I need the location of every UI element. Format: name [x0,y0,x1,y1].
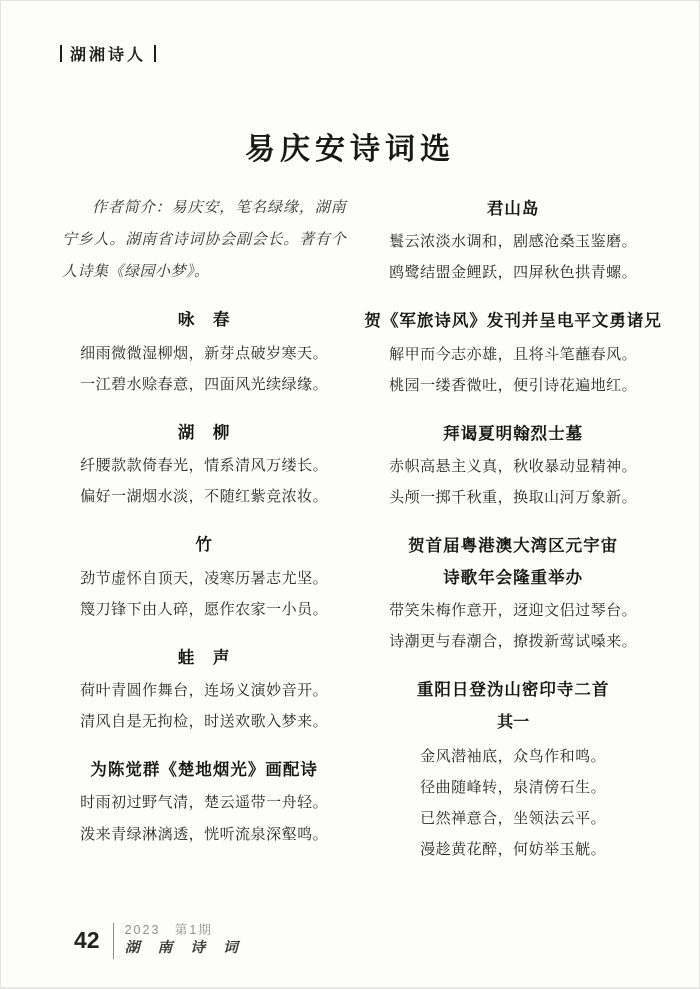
poem-baiye-lieshimu: 拜谒夏明翰烈士墓 赤帜高悬主义真，秋收暴动显精神。 头颅一掷千秋重，换取山河万象… [364,418,662,514]
poem-line: 荷叶青圆作舞台，连场义演妙音开。 [62,676,346,707]
poem-line: 桃园一缕香微吐，便引诗花遍地红。 [364,371,662,402]
poem-junshandao: 君山岛 鬟云浓淡水调和，剧感沧桑玉鉴磨。 鸥鹭结盟金鲤跃，四屏秋色拱青螺。 [364,193,662,289]
section-header: 湖湘诗人 [60,42,156,65]
poem-line: 一江碧水赊春意，四面风光续绿缘。 [62,370,346,401]
poem-line: 细雨微微湿柳烟，新芽点破岁寒天。 [62,339,346,370]
poem-title: 竹 [62,529,346,560]
journal-name: 湖 南 诗 词 [125,939,245,959]
poem-line: 泼来青绿淋漓透，恍听流泉深壑鸣。 [62,820,346,851]
page-title: 易庆安诗词选 [0,124,700,168]
poem-line: 带笑朱梅作意开，迓迎文侣过琴台。 [364,596,662,627]
poem-title: 咏 春 [62,304,346,335]
poem-yongchun: 咏 春 细雨微微湿柳烟，新芽点破岁寒天。 一江碧水赊春意，四面风光续绿缘。 [62,304,346,400]
poem-line: 诗潮更与春潮合，撩拨新莺试嗓来。 [364,627,662,658]
poem-line: 偏好一湖烟水淡，不随红紫竞浓妆。 [62,482,346,513]
section-label: 湖湘诗人 [70,42,146,65]
poem-line: 篾刀锋下由人碎，愿作农家一小员。 [62,595,346,626]
author-intro: 作者简介：易庆安，笔名绿缘，湖南宁乡人。湖南省诗词协会副会长。著有个人诗集《绿园… [62,193,346,288]
poem-title-line: 贺首届粤港澳大湾区元宇宙 [364,530,662,561]
poem-dawanqu: 贺首届粤港澳大湾区元宇宙 诗歌年会隆重举办 带笑朱梅作意开，迓迎文侣过琴台。 诗… [364,530,662,658]
footer-divider [113,923,114,959]
page-footer: 42 2023 第1期 湖 南 诗 词 [74,922,245,959]
header-left-bar-icon [60,45,62,62]
poem-line: 头颅一掷千秋重，换取山河万象新。 [364,483,662,514]
poem-title: 君山岛 [364,193,662,224]
poem-title: 蛙 声 [62,642,346,673]
poem-line: 鸥鹭结盟金鲤跃，四屏秋色拱青螺。 [364,258,662,289]
poem-line: 解甲而今志亦雄，且将斗笔蘸春风。 [364,340,662,371]
poem-line: 清风自是无拘检，时送欢歌入梦来。 [62,707,346,738]
poem-title: 拜谒夏明翰烈士墓 [364,418,662,449]
poem-junlvshifeng: 贺《军旅诗风》发刊并呈电平文勇诸兄 解甲而今志亦雄，且将斗笔蘸春风。 桃园一缕香… [364,305,662,401]
poem-miyinsi: 重阳日登沩山密印寺二首 其一 金风潜袖底，众鸟作和鸣。 径曲随峰转，泉清傍石生。… [364,674,662,866]
poem-line: 赤帜高悬主义真，秋收暴动显精神。 [364,452,662,483]
poem-title: 为陈觉群《楚地烟光》画配诗 [62,754,346,785]
poem-huliu: 湖 柳 纤腰款款倚春光，情系清风万缕长。 偏好一湖烟水淡，不随红紫竞浓妆。 [62,417,346,513]
journal-page: { "header": { "section_label": "湖湘诗人" },… [0,0,700,989]
poem-title-line: 诗歌年会隆重举办 [364,562,662,593]
poem-line: 金风潜袖底，众鸟作和鸣。 [364,742,662,773]
right-column: 君山岛 鬟云浓淡水调和，剧感沧桑玉鉴磨。 鸥鹭结盟金鲤跃，四屏秋色拱青螺。 贺《… [364,193,662,866]
poem-subtitle: 其一 [364,708,662,738]
poem-line: 已然禅意合，坐领法云平。 [364,804,662,835]
poem-line: 劲节虚怀自顶天，凌寒历暑志尤坚。 [62,564,346,595]
issue-label: 2023 第1期 [125,922,245,938]
footer-journal-block: 2023 第1期 湖 南 诗 词 [125,922,245,959]
header-right-bar-icon [154,45,156,62]
poem-zhu: 竹 劲节虚怀自顶天，凌寒历暑志尤坚。 篾刀锋下由人碎，愿作农家一小员。 [62,529,346,625]
poem-title: 重阳日登沩山密印寺二首 [364,674,662,705]
page-number: 42 [74,927,100,954]
poem-line: 时雨初过野气清，楚云遥带一舟轻。 [62,788,346,819]
poem-line: 漫趁黄花醉，何妨举玉觥。 [364,835,662,866]
left-column: 作者简介：易庆安，笔名绿缘，湖南宁乡人。湖南省诗词协会副会长。著有个人诗集《绿园… [62,193,346,866]
poem-huapeishi: 为陈觉群《楚地烟光》画配诗 时雨初过野气清，楚云遥带一舟轻。 泼来青绿淋漓透，恍… [62,754,346,850]
poem-line: 纤腰款款倚春光，情系清风万缕长。 [62,451,346,482]
content-columns: 作者简介：易庆安，笔名绿缘，湖南宁乡人。湖南省诗词协会副会长。著有个人诗集《绿园… [62,193,662,866]
poem-line: 鬟云浓淡水调和，剧感沧桑玉鉴磨。 [364,227,662,258]
poem-title: 贺《军旅诗风》发刊并呈电平文勇诸兄 [364,305,662,336]
poem-title: 湖 柳 [62,417,346,448]
poem-washeng: 蛙 声 荷叶青圆作舞台，连场义演妙音开。 清风自是无拘检，时送欢歌入梦来。 [62,642,346,738]
poem-line: 径曲随峰转，泉清傍石生。 [364,773,662,804]
